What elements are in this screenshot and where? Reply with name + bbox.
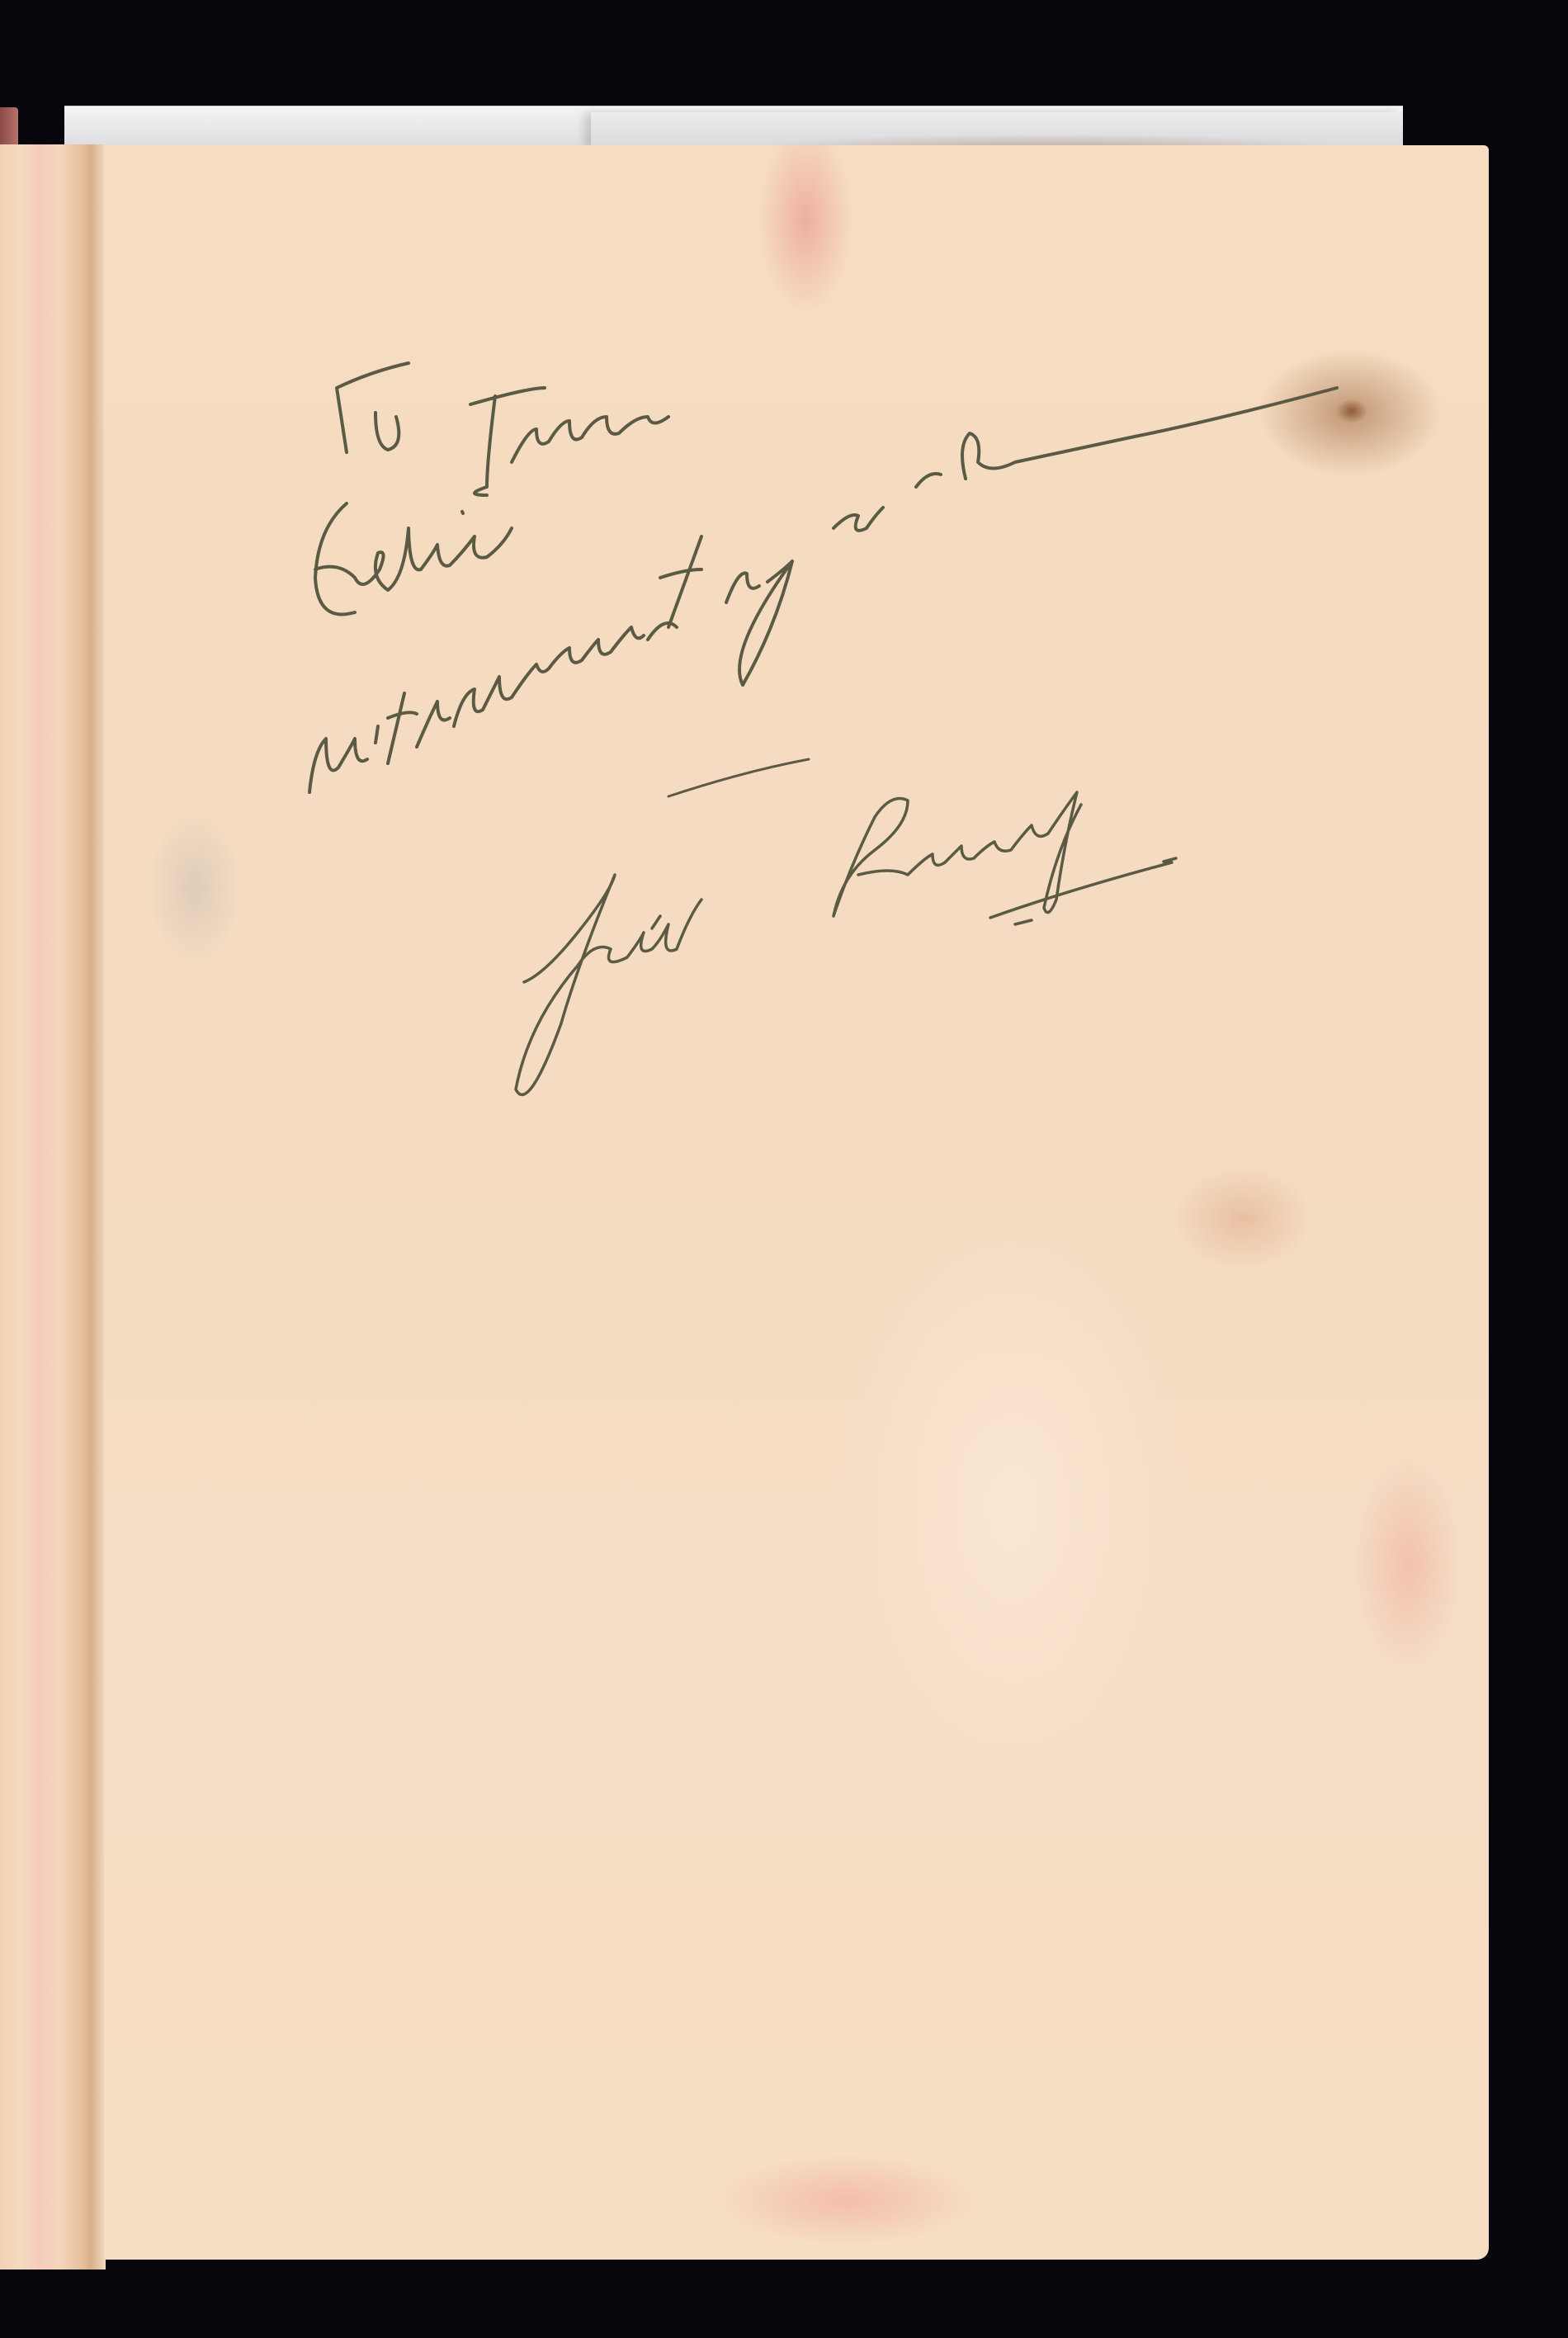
handwritten-inscription <box>0 0 1568 2338</box>
inscription-flourish-line <box>668 759 809 796</box>
inscription-line-to <box>337 363 409 452</box>
inscription-word-dunn <box>470 388 668 495</box>
inscription-line-regards <box>309 388 1337 792</box>
inscription-word-eddie <box>315 503 512 614</box>
inscription-signature <box>516 792 1176 1094</box>
